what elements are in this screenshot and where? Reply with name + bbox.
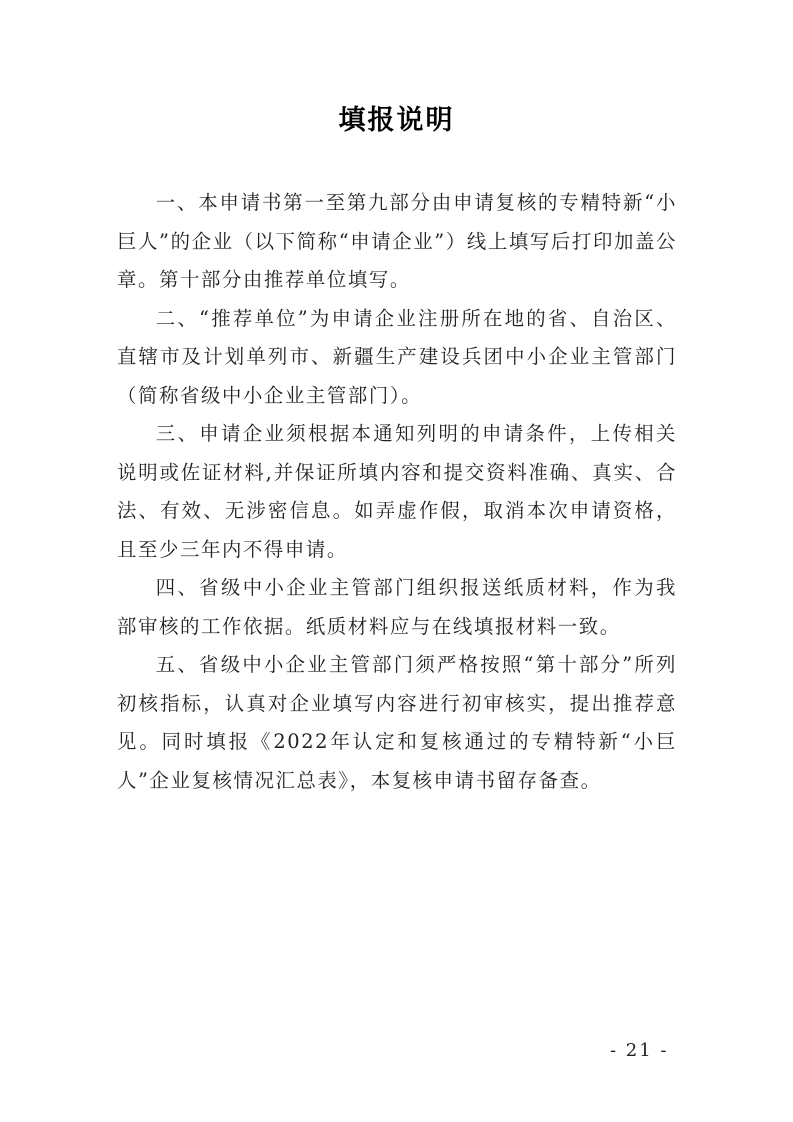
paragraph-1: 一、本申请书第一至第九部分由申请复核的专精特新“小巨人”的企业（以下简称“申请企…	[117, 184, 677, 300]
paragraph-4: 四、省级中小企业主管部门组织报送纸质材料，作为我部审核的工作依据。纸质材料应与在…	[117, 569, 677, 646]
document-page: 填报说明 一、本申请书第一至第九部分由申请复核的专精特新“小巨人”的企业（以下简…	[0, 0, 793, 1122]
paragraph-3: 三、申请企业须根据本通知列明的申请条件，上传相关说明或佐证材料,并保证所填内容和…	[117, 415, 677, 569]
paragraph-5: 五、省级中小企业主管部门须严格按照“第十部分”所列初核指标，认真对企业填写内容进…	[117, 646, 677, 800]
paragraph-2: 二、“推荐单位”为申请企业注册所在地的省、自治区、直辖市及计划单列市、新疆生产建…	[117, 300, 677, 416]
document-body: 一、本申请书第一至第九部分由申请复核的专精特新“小巨人”的企业（以下简称“申请企…	[117, 184, 677, 800]
page-title: 填报说明	[0, 98, 793, 137]
page-number: - 21 -	[610, 1040, 669, 1061]
